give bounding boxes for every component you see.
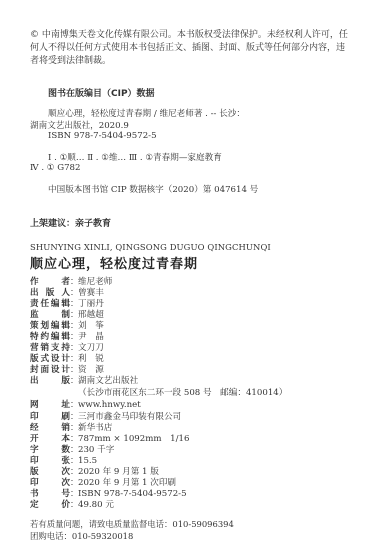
cip-line-3: ISBN 978-7-5404-9572-5 <box>48 131 157 141</box>
cip-line-4: Ⅰ . ①顺… Ⅱ . ①维… Ⅲ . ①青春期—家庭教育 <box>48 151 222 163</box>
cip-line-1: 顺应心理，轻松度过青春期 / 维尼老师著 . -- 长沙： <box>48 107 245 119</box>
credit-label: 网 址 <box>30 399 70 411</box>
cip-line-2: 湖南文艺出版社，2020.9 <box>30 119 129 131</box>
copyright-notice: © 中南博集天卷文化传媒有限公司。本书版权受法律保护。未经权利人许可，任何人不得… <box>30 29 348 68</box>
credit-row-price: 定 价：49.80 元 <box>30 499 114 511</box>
credit-value: 湖南文艺出版社 <box>78 375 138 387</box>
credit-label: 定 价 <box>30 499 70 511</box>
book-title: 顺应心理，轻松度过青春期 <box>30 253 198 272</box>
shelf-suggestion: 上架建议：亲子教育 <box>30 216 111 229</box>
credit-value: （长沙市雨花区东二环一段 508 号 邮编：410014） <box>78 387 287 399</box>
credit-value: www.hnwy.net <box>78 399 141 411</box>
credit-label: 出 版 <box>30 375 70 387</box>
group-purchase-phone: 团购电话：010-59320018 <box>30 530 133 542</box>
cip-line-6: 中国版本图书馆 CIP 数据核字（2020）第 047614 号 <box>48 183 258 195</box>
cip-line-5: Ⅳ . ① G782 <box>30 163 80 173</box>
cip-heading: 图书在版编目（CIP）数据 <box>48 86 155 99</box>
credit-row-publisher: 出 版：湖南文艺出版社 <box>30 375 138 387</box>
credit-row-website: 网 址：www.hnwy.net <box>30 399 141 411</box>
credit-row-address: （长沙市雨花区东二环一段 508 号 邮编：410014） <box>30 387 287 399</box>
credit-value: 49.80 元 <box>78 499 114 511</box>
quality-hotline: 若有质量问题，请致电质量监督电话：010-59096394 <box>30 518 234 530</box>
pinyin-title: SHUNYING XINLI, QINGSONG DUGUO QINGCHUNQ… <box>30 242 271 252</box>
